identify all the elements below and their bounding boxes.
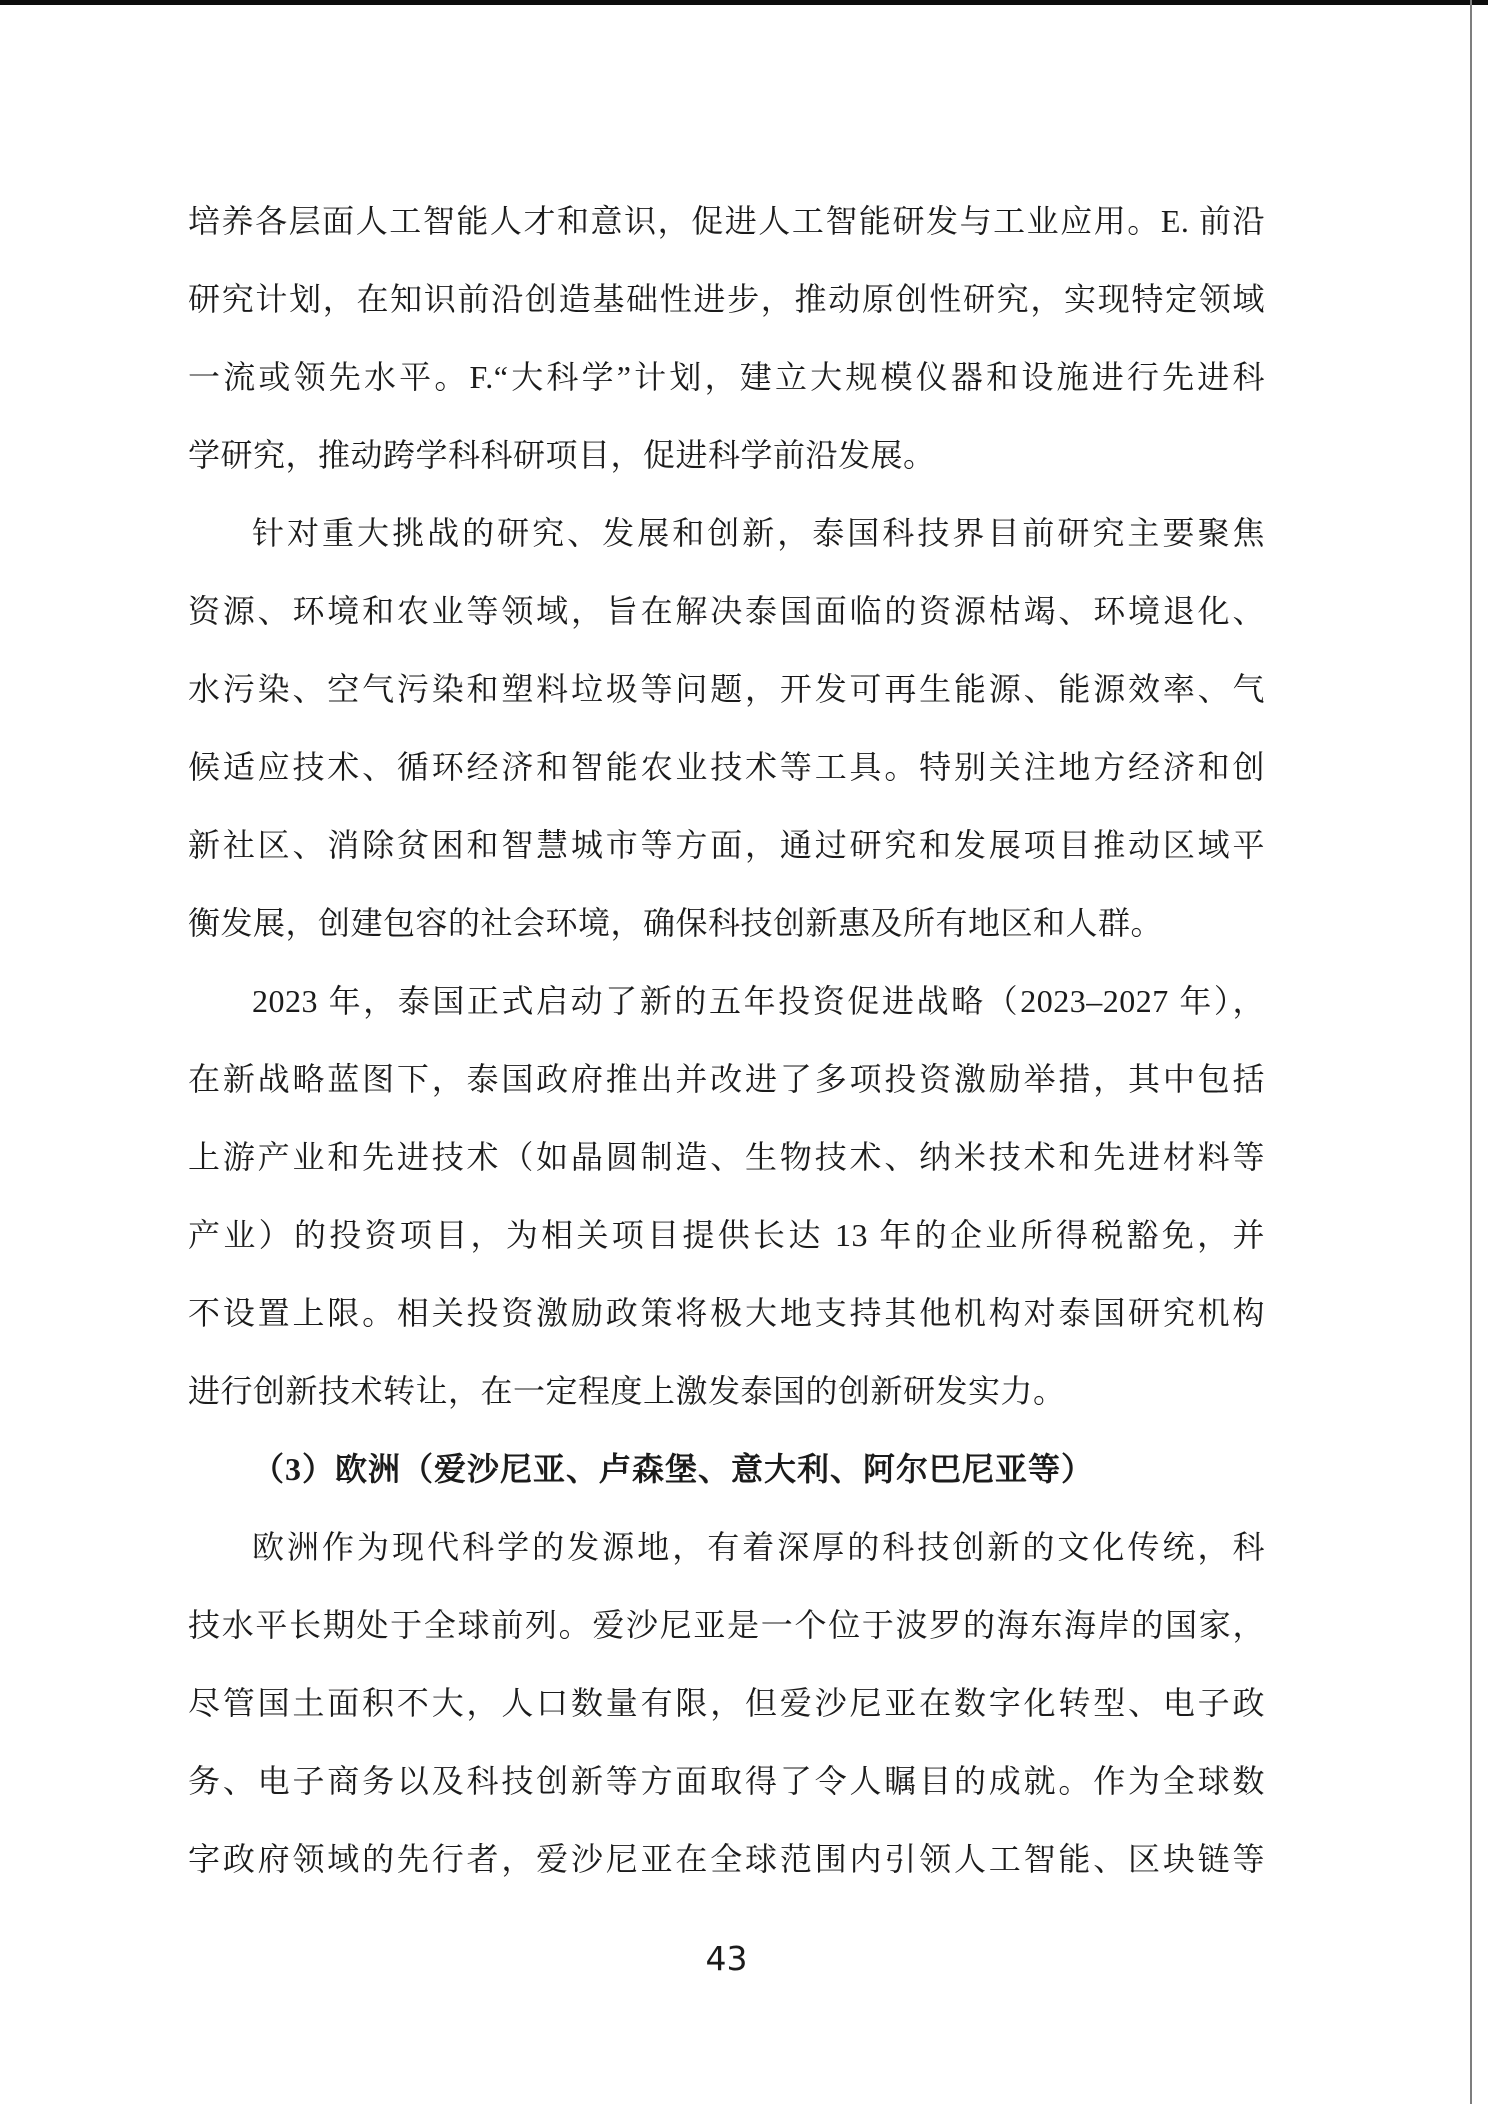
text-line: 学研究，推动跨学科科研项目，促进科学前沿发展。 [188, 416, 1265, 494]
text-line: 培养各层面人工智能人才和意识，促进人工智能研发与工业应用。E. 前沿 [188, 182, 1265, 260]
section-heading: （3）欧洲（爱沙尼亚、卢森堡、意大利、阿尔巴尼亚等） [188, 1430, 1265, 1508]
text-line: 尽管国土面积不大，人口数量有限，但爱沙尼亚在数字化转型、电子政 [188, 1664, 1265, 1742]
text-line: 欧洲作为现代科学的发源地，有着深厚的科技创新的文化传统，科 [188, 1508, 1265, 1586]
text-line: 2023 年，泰国正式启动了新的五年投资促进战略（2023–2027 年）， [188, 962, 1265, 1040]
document-page: 培养各层面人工智能人才和意识，促进人工智能研发与工业应用。E. 前沿研究计划，在… [0, 0, 1488, 2104]
text-line: 水污染、空气污染和塑料垃圾等问题，开发可再生能源、能源效率、气 [188, 650, 1265, 728]
scan-edge-right-line [1470, 0, 1472, 2104]
text-line: 一流或领先水平。F.“大科学”计划，建立大规模仪器和设施进行先进科 [188, 338, 1265, 416]
text-line: 上游产业和先进技术（如晶圆制造、生物技术、纳米技术和先进材料等 [188, 1118, 1265, 1196]
text-line: 务、电子商务以及科技创新等方面取得了令人瞩目的成就。作为全球数 [188, 1742, 1265, 1820]
text-line: 针对重大挑战的研究、发展和创新，泰国科技界目前研究主要聚焦 [188, 494, 1265, 572]
text-line: 技水平长期处于全球前列。爱沙尼亚是一个位于波罗的海东海岸的国家， [188, 1586, 1265, 1664]
text-line: 研究计划，在知识前沿创造基础性进步，推动原创性研究，实现特定领域 [188, 260, 1265, 338]
text-line: 候适应技术、循环经济和智能农业技术等工具。特别关注地方经济和创 [188, 728, 1265, 806]
text-line: 在新战略蓝图下，泰国政府推出并改进了多项投资激励举措，其中包括 [188, 1040, 1265, 1118]
text-block: 培养各层面人工智能人才和意识，促进人工智能研发与工业应用。E. 前沿研究计划，在… [188, 182, 1265, 1898]
text-line: 字政府领域的先行者，爱沙尼亚在全球范围内引领人工智能、区块链等 [188, 1820, 1265, 1898]
text-line: 进行创新技术转让，在一定程度上激发泰国的创新研发实力。 [188, 1352, 1265, 1430]
page-number: 43 [188, 1920, 1265, 1998]
scan-edge-top-bar [0, 0, 1488, 5]
text-line: 衡发展，创建包容的社会环境，确保科技创新惠及所有地区和人群。 [188, 884, 1265, 962]
text-line: 新社区、消除贫困和智慧城市等方面，通过研究和发展项目推动区域平 [188, 806, 1265, 884]
text-line: 产业）的投资项目，为相关项目提供长达 13 年的企业所得税豁免，并 [188, 1196, 1265, 1274]
text-line: 资源、环境和农业等领域，旨在解决泰国面临的资源枯竭、环境退化、 [188, 572, 1265, 650]
text-line: 不设置上限。相关投资激励政策将极大地支持其他机构对泰国研究机构 [188, 1274, 1265, 1352]
